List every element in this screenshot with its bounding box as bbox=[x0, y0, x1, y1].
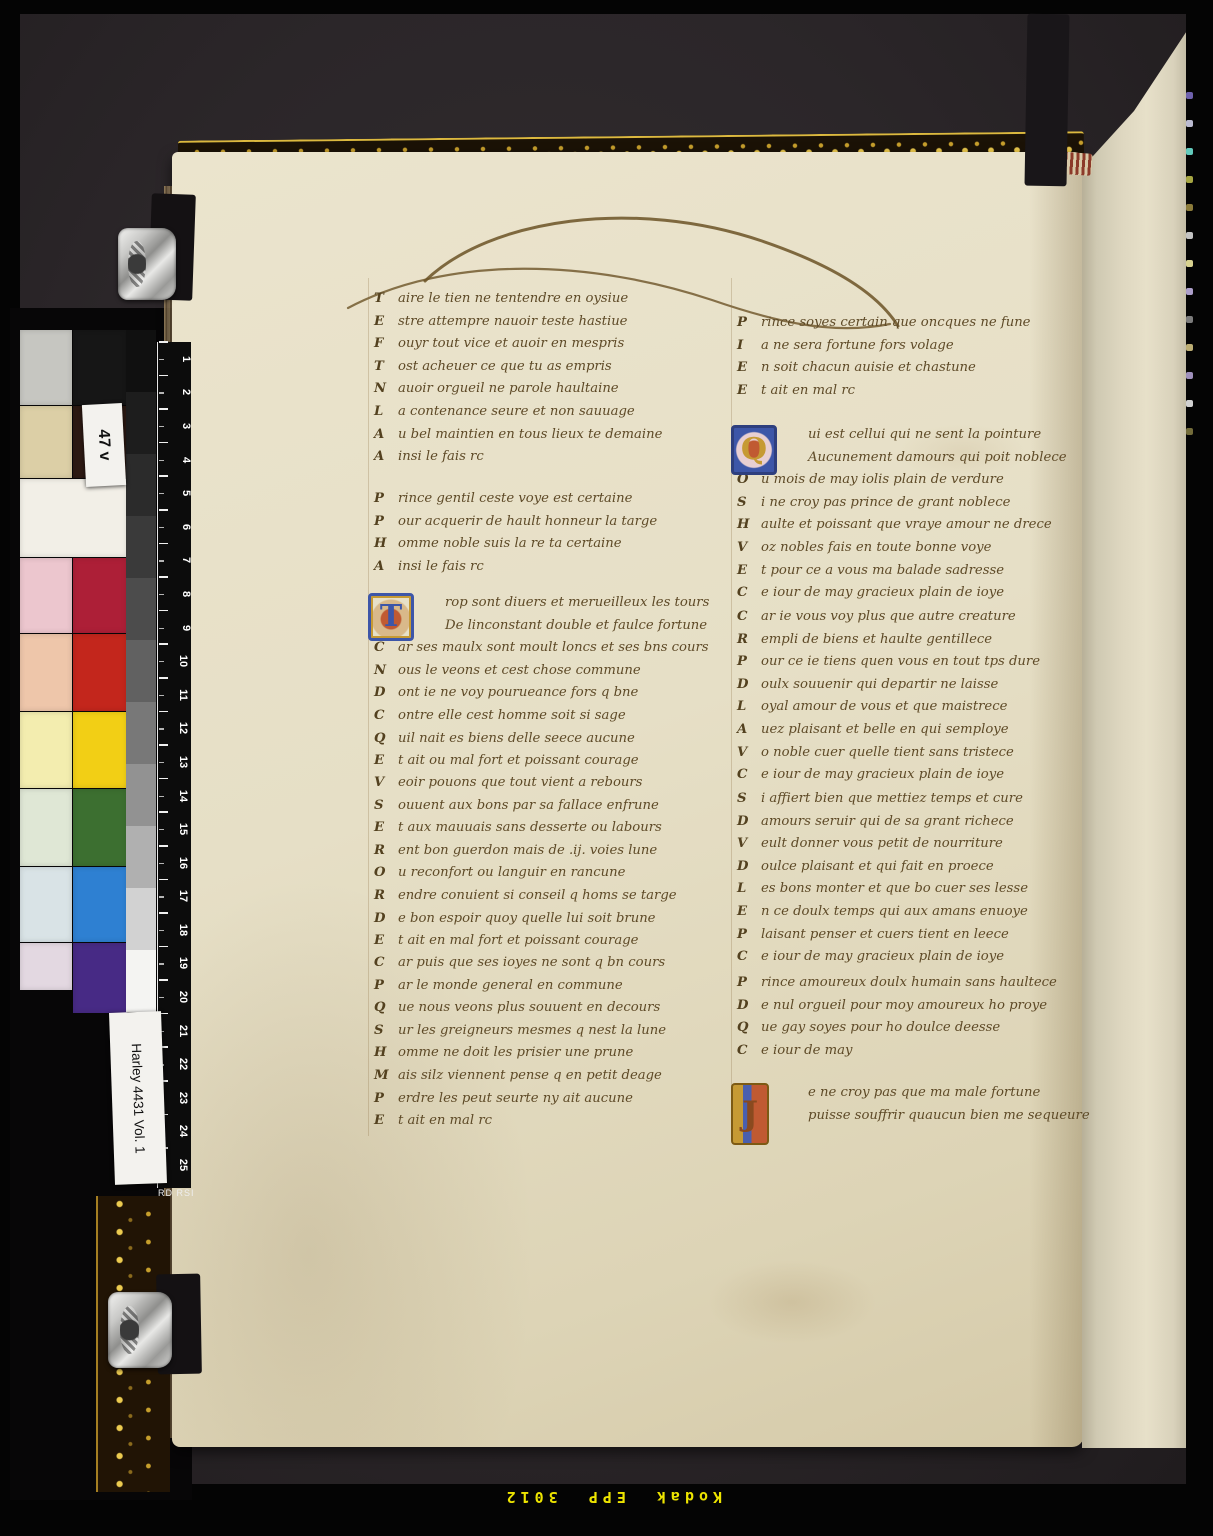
line-text: ous le veons et cest chose commune bbox=[398, 663, 641, 678]
stanza-b: Prince gentil ceste voye est certainePou… bbox=[374, 488, 657, 578]
line-text: e iour de may gracieux plain de ioye bbox=[761, 767, 1004, 782]
line-text: erdre les peut seurte ny ait aucune bbox=[398, 1091, 633, 1106]
manuscript-line: Et aux mauuais sans desserte ou labours bbox=[374, 817, 677, 840]
stanza-f: Prince soyes certain que oncques ne fune… bbox=[737, 312, 1031, 402]
manuscript-line: Plaisant penser et cuers tient en leece bbox=[737, 924, 1028, 947]
manuscript-line: Et ait en mal fort et poissant courage bbox=[374, 930, 677, 953]
grayscale-step bbox=[126, 764, 156, 826]
line-text: De linconstant double et faulce fortune bbox=[445, 618, 707, 633]
line-text: ontre elle cest homme soit si sage bbox=[398, 708, 626, 723]
manuscript-line: Si affiert bien que mettiez temps et cur… bbox=[737, 788, 1028, 811]
manuscript-line: Que gay soyes pour ho doulce deesse bbox=[737, 1017, 1057, 1040]
ruler-number: 10 bbox=[177, 655, 189, 667]
line-text: ost acheuer ce que tu as empris bbox=[398, 359, 612, 374]
manuscript-line: De linconstant double et faulce fortune bbox=[374, 615, 709, 638]
line-text: ue gay soyes pour ho doulce deesse bbox=[761, 1020, 1000, 1035]
stanza-a: Taire le tien ne tentendre en oysiueEstr… bbox=[374, 288, 662, 469]
line-initial: C bbox=[374, 705, 398, 728]
ruler-number: 8 bbox=[180, 591, 192, 597]
illuminated-initial-Q: Q bbox=[731, 425, 777, 475]
line-initial: P bbox=[374, 975, 398, 998]
ruler-number: 17 bbox=[177, 890, 189, 902]
manuscript-line: Tost acheuer ce que tu as empris bbox=[374, 356, 662, 379]
line-text: ont ie ne voy pourueance fors q bne bbox=[398, 685, 638, 700]
line-text: t ait ou mal fort et poissant courage bbox=[398, 753, 639, 768]
ruler-tick: 8 bbox=[158, 577, 191, 611]
kodak-film-label: Kodak EPP 3012 bbox=[338, 1488, 722, 1506]
manuscript-line: Si ne croy pas prince de grant noblece bbox=[737, 492, 1067, 515]
manuscript-line: Pour acquerir de hault honneur la targe bbox=[374, 511, 657, 534]
ruler-number: 21 bbox=[177, 1025, 189, 1037]
line-text: ar ses maulx sont moult loncs et ses bns… bbox=[398, 640, 709, 655]
manuscript-line: Et ait ou mal fort et poissant courage bbox=[374, 750, 709, 773]
line-text: stre attempre nauoir teste hastiue bbox=[398, 314, 628, 329]
line-initial: P bbox=[737, 312, 761, 335]
color-chart-row bbox=[20, 867, 127, 942]
line-initial: L bbox=[374, 401, 398, 424]
line-initial: L bbox=[737, 696, 761, 719]
manuscript-line: Et ait en mal rc bbox=[737, 380, 1031, 403]
color-patch bbox=[73, 558, 127, 633]
line-initial: V bbox=[737, 833, 761, 856]
line-text: ouuent aux bons par sa fallace enfrune bbox=[398, 798, 659, 813]
ruler-footer: RD RSI bbox=[158, 1188, 218, 1198]
ruler-number: 7 bbox=[180, 557, 192, 563]
line-initial: R bbox=[374, 840, 398, 863]
stanza-c: Trop sont diuers et merueilleux les tour… bbox=[374, 592, 709, 773]
line-initial: Q bbox=[374, 997, 398, 1020]
ruler-tick: 19 bbox=[158, 947, 191, 981]
line-text: puisse souffrir quaucun bien me sequeure bbox=[808, 1108, 1090, 1123]
line-text: our ce ie tiens quen vous en tout tps du… bbox=[761, 654, 1040, 669]
ruler-number: 2 bbox=[180, 389, 192, 395]
line-initial: E bbox=[374, 1110, 398, 1133]
manuscript-line: Ia ne sera fortune fors volage bbox=[737, 335, 1031, 358]
line-initial: P bbox=[374, 511, 398, 534]
line-text: omme ne doit les prisier une prune bbox=[398, 1045, 633, 1060]
line-text: t pour ce a vous ma balade sadresse bbox=[761, 563, 1004, 578]
manuscript-line: Par le monde general en commune bbox=[374, 975, 666, 998]
manuscript-line: Rendre conuient si conseil q homs se tar… bbox=[374, 885, 677, 908]
color-patch bbox=[73, 943, 127, 1013]
grayscale-step bbox=[126, 888, 156, 950]
ruler-tick: 7 bbox=[158, 544, 191, 578]
manuscript-line: Car ses maulx sont moult loncs et ses bn… bbox=[374, 637, 709, 660]
line-text: uil nait es biens delle seece aucune bbox=[398, 731, 635, 746]
line-text: t ait en mal fort et poissant courage bbox=[398, 933, 638, 948]
manuscript-line: En ce doulx temps qui aux amans enuoye bbox=[737, 901, 1028, 924]
manuscript-line: Ainsi le fais rc bbox=[374, 446, 662, 469]
line-text: oyal amour de vous et que maistrece bbox=[761, 699, 1007, 714]
film-dot bbox=[1186, 176, 1193, 183]
grayscale-step bbox=[126, 702, 156, 764]
line-text: t ait en mal rc bbox=[398, 1113, 492, 1128]
color-chart-row bbox=[20, 789, 127, 866]
line-text: ar puis que ses ioyes ne sont q bn cours bbox=[398, 955, 665, 970]
manuscript-line: rop sont diuers et merueilleux les tours bbox=[374, 592, 709, 615]
manuscript-line: Ou mois de may iolis plain de verdure bbox=[737, 469, 1067, 492]
line-initial: E bbox=[737, 380, 761, 403]
stanza-h: Car ie vous voy plus que autre creatureR… bbox=[737, 606, 1040, 787]
ruler-number: 13 bbox=[177, 756, 189, 768]
line-initial: H bbox=[374, 1042, 398, 1065]
metal-clip-icon bbox=[108, 1292, 172, 1368]
shelfmark-label: Harley 4431 Vol. 1 bbox=[109, 1011, 167, 1185]
ruling-line bbox=[368, 278, 369, 1136]
line-initial: E bbox=[374, 930, 398, 953]
grayscale-step bbox=[126, 950, 156, 1012]
line-initial: S bbox=[737, 788, 761, 811]
ruler-number: 16 bbox=[177, 857, 189, 869]
grayscale-step bbox=[126, 330, 156, 392]
color-patch bbox=[73, 712, 127, 788]
line-text: our acquerir de hault honneur la targe bbox=[398, 514, 657, 529]
manuscript-line: Que nous veons plus souuent en decours bbox=[374, 997, 666, 1020]
line-text: ur les greigneurs mesmes q nest la lune bbox=[398, 1023, 666, 1038]
ruler-tick: 13 bbox=[158, 745, 191, 779]
line-initial: S bbox=[374, 1020, 398, 1043]
line-text: aire le tien ne tentendre en oysiue bbox=[398, 291, 628, 306]
line-text: eult donner vous petit de nourriture bbox=[761, 836, 1003, 851]
line-initial: P bbox=[737, 651, 761, 674]
line-text: laisant penser et cuers tient en leece bbox=[761, 927, 1009, 942]
grayscale-step bbox=[126, 454, 156, 516]
line-text: uez plaisant et belle en qui semploye bbox=[761, 722, 1009, 737]
color-patch bbox=[20, 634, 72, 711]
color-patch bbox=[73, 867, 127, 942]
manuscript-line: La contenance seure et non sauuage bbox=[374, 401, 662, 424]
manuscript-line: Loyal amour de vous et que maistrece bbox=[737, 696, 1040, 719]
line-initial: O bbox=[374, 862, 398, 885]
manuscript-line: Ce iour de may bbox=[737, 1040, 1057, 1063]
folio-label: 47 v bbox=[82, 403, 126, 487]
line-initial: P bbox=[374, 1088, 398, 1111]
ruler-tick: 12 bbox=[158, 712, 191, 746]
manuscript-line: Homme noble suis la re ta certaine bbox=[374, 533, 657, 556]
manuscript-line: Et pour ce a vous ma balade sadresse bbox=[737, 560, 1067, 583]
line-text: amours seruir qui de sa grant richece bbox=[761, 814, 1014, 829]
manuscript-line: Les bons monter et que bo cuer ses lesse bbox=[737, 878, 1028, 901]
manuscript-line: Ce iour de may gracieux plain de ioye bbox=[737, 946, 1028, 969]
manuscript-line: Taire le tien ne tentendre en oysiue bbox=[374, 288, 662, 311]
line-text: ue nous veons plus souuent en decours bbox=[398, 1000, 660, 1015]
color-patch bbox=[73, 789, 127, 866]
line-text: aulte et poissant que vraye amour ne dre… bbox=[761, 517, 1052, 532]
line-text: t ait en mal rc bbox=[761, 383, 855, 398]
line-initial: D bbox=[374, 908, 398, 931]
ruler-tick: 16 bbox=[158, 846, 191, 880]
manuscript-line: Prince amoureux doulx humain sans haulte… bbox=[737, 972, 1057, 995]
line-initial: A bbox=[374, 446, 398, 469]
manuscript-line: Veoir pouons que tout vient a rebours bbox=[374, 772, 677, 795]
line-initial: I bbox=[737, 335, 761, 358]
manuscript-line: puisse souffrir quaucun bien me sequeure bbox=[737, 1105, 1090, 1128]
line-text: oz nobles fais en toute bonne voye bbox=[761, 540, 991, 555]
line-initial: C bbox=[737, 606, 761, 629]
ruler-tick: 14 bbox=[158, 779, 191, 813]
line-initial: R bbox=[737, 629, 761, 652]
line-initial: S bbox=[374, 795, 398, 818]
line-initial: V bbox=[737, 742, 761, 765]
line-text: n ce doulx temps qui aux amans enuoye bbox=[761, 904, 1028, 919]
stanza-e: Car puis que ses ioyes ne sont q bn cour… bbox=[374, 952, 666, 1133]
manuscript-line: Doulx souuenir qui departir ne laisse bbox=[737, 674, 1040, 697]
line-text: n soit chacun auisie et chastune bbox=[761, 360, 976, 375]
line-initial: S bbox=[737, 492, 761, 515]
manuscript-line: Damours seruir qui de sa grant richece bbox=[737, 811, 1028, 834]
film-dot bbox=[1186, 204, 1193, 211]
text-column-right: Prince soyes certain que oncques ne fune… bbox=[737, 0, 1097, 1536]
manuscript-line: En soit chacun auisie et chastune bbox=[737, 357, 1031, 380]
color-patch bbox=[20, 558, 72, 633]
film-dot bbox=[1186, 92, 1193, 99]
manuscript-line: De nul orgueil pour moy amoureux ho proy… bbox=[737, 995, 1057, 1018]
color-patch bbox=[20, 943, 72, 990]
line-initial: Q bbox=[737, 1017, 761, 1040]
ruler-tick: 10 bbox=[158, 644, 191, 678]
grayscale-step bbox=[126, 640, 156, 702]
line-initial: V bbox=[737, 537, 761, 560]
ruler-number: 19 bbox=[177, 957, 189, 969]
line-initial: T bbox=[374, 356, 398, 379]
color-patch bbox=[73, 634, 127, 711]
ruler-tick: 6 bbox=[158, 510, 191, 544]
color-patch bbox=[20, 867, 72, 942]
ruler-number: 15 bbox=[177, 823, 189, 835]
color-patch bbox=[20, 479, 127, 557]
ruler-number: 3 bbox=[180, 423, 192, 429]
line-text: omme noble suis la re ta certaine bbox=[398, 536, 622, 551]
line-text: ui est cellui qui ne sent la pointure bbox=[808, 427, 1041, 442]
line-text: ar ie vous voy plus que autre creature bbox=[761, 609, 1016, 624]
line-initial: C bbox=[737, 1040, 761, 1063]
ruler-number: 25 bbox=[177, 1159, 189, 1171]
manuscript-line: ui est cellui qui ne sent la pointure bbox=[737, 424, 1067, 447]
manuscript-line: Prince gentil ceste voye est certaine bbox=[374, 488, 657, 511]
line-initial: N bbox=[374, 378, 398, 401]
line-text: u bel maintien en tous lieux te demaine bbox=[398, 427, 662, 442]
ruler-number: 9 bbox=[180, 624, 192, 630]
manuscript-line: Voz nobles fais en toute bonne voye bbox=[737, 537, 1067, 560]
grayscale-step bbox=[126, 516, 156, 578]
color-chart-row bbox=[20, 712, 127, 788]
manuscript-line: Estre attempre nauoir teste hastiue bbox=[374, 311, 662, 334]
manuscript-line: Sur les greigneurs mesmes q nest la lune bbox=[374, 1020, 666, 1043]
line-initial: A bbox=[374, 424, 398, 447]
ruler-number: 1 bbox=[180, 356, 192, 362]
manuscript-line: Fouyr tout vice et auoir en mespris bbox=[374, 333, 662, 356]
ruler-number: 11 bbox=[177, 689, 189, 701]
line-text: ais silz viennent pense q en petit deage bbox=[398, 1068, 662, 1083]
text-column-left: Taire le tien ne tentendre en oysiueEstr… bbox=[374, 0, 734, 1536]
line-initial: C bbox=[737, 946, 761, 969]
stanza-j: Prince amoureux doulx humain sans haulte… bbox=[737, 972, 1057, 1062]
color-patch bbox=[73, 330, 127, 405]
line-initial: Q bbox=[374, 728, 398, 751]
line-text: endre conuient si conseil q homs se targ… bbox=[398, 888, 677, 903]
ruler-tick: 15 bbox=[158, 812, 191, 846]
manuscript-line: Dont ie ne voy pourueance fors q bne bbox=[374, 682, 709, 705]
ruler-number: 18 bbox=[177, 924, 189, 936]
line-initial: A bbox=[374, 556, 398, 579]
film-dot bbox=[1186, 120, 1193, 127]
line-text: u mois de may iolis plain de verdure bbox=[761, 472, 1004, 487]
color-patch bbox=[20, 330, 72, 405]
line-text: ar le monde general en commune bbox=[398, 978, 623, 993]
line-text: ent bon guerdon mais de .ij. voies lune bbox=[398, 843, 657, 858]
line-initial: C bbox=[737, 582, 761, 605]
line-initial: V bbox=[374, 772, 398, 795]
ruler-number: 22 bbox=[177, 1058, 189, 1070]
color-chart-row bbox=[20, 634, 127, 711]
line-initial: N bbox=[374, 660, 398, 683]
line-initial: M bbox=[374, 1065, 398, 1088]
line-initial: D bbox=[374, 682, 398, 705]
line-text: rince gentil ceste voye est certaine bbox=[398, 491, 632, 506]
ruler-tick: 5 bbox=[158, 476, 191, 510]
stanza-k: Je ne croy pas que ma male fortunepuisse… bbox=[737, 1082, 1090, 1127]
manuscript-line: Aucunement damours qui poit noblece bbox=[737, 447, 1067, 470]
ruler-tick: 1 bbox=[158, 342, 191, 376]
line-text: insi le fais rc bbox=[398, 559, 484, 574]
manuscript-line: Ce iour de may gracieux plain de ioye bbox=[737, 764, 1040, 787]
ruler-number: 12 bbox=[177, 722, 189, 734]
ruler-tick: 21 bbox=[158, 1014, 191, 1048]
ruler-tick: 11 bbox=[158, 678, 191, 712]
line-text: i affiert bien que mettiez temps et cure bbox=[761, 791, 1023, 806]
line-initial: E bbox=[374, 750, 398, 773]
line-text: empli de biens et haulte gentillece bbox=[761, 632, 992, 647]
grayscale-step bbox=[126, 392, 156, 454]
film-dot bbox=[1186, 260, 1193, 267]
color-chart-row bbox=[20, 943, 127, 1013]
line-text: e ne croy pas que ma male fortune bbox=[808, 1085, 1040, 1100]
grayscale-step bbox=[126, 826, 156, 888]
ruler-tick: 2 bbox=[158, 376, 191, 410]
metal-clip-icon bbox=[118, 228, 176, 300]
manuscript-line: Auez plaisant et belle en qui semploye bbox=[737, 719, 1040, 742]
film-dot bbox=[1186, 428, 1193, 435]
line-initial: F bbox=[374, 333, 398, 356]
ruler-number: 6 bbox=[180, 524, 192, 530]
ruler-number: 23 bbox=[177, 1092, 189, 1104]
line-text: e iour de may gracieux plain de ioye bbox=[761, 585, 1004, 600]
manuscript-line: Quil nait es biens delle seece aucune bbox=[374, 728, 709, 751]
line-initial: L bbox=[737, 878, 761, 901]
line-initial: E bbox=[374, 817, 398, 840]
facing-page bbox=[1082, 18, 1186, 1448]
line-text: insi le fais rc bbox=[398, 449, 484, 464]
line-initial: C bbox=[374, 952, 398, 975]
manuscript-line: Nauoir orgueil ne parole haultaine bbox=[374, 378, 662, 401]
line-initial: P bbox=[737, 924, 761, 947]
line-initial: T bbox=[374, 288, 398, 311]
line-initial: D bbox=[737, 995, 761, 1018]
line-initial: D bbox=[737, 856, 761, 879]
manuscript-line: Pour ce ie tiens quen vous en tout tps d… bbox=[737, 651, 1040, 674]
manuscript-line: Contre elle cest homme soit si sage bbox=[374, 705, 709, 728]
film-dot bbox=[1186, 232, 1193, 239]
line-initial: H bbox=[374, 533, 398, 556]
line-text: ouyr tout vice et auoir en mespris bbox=[398, 336, 624, 351]
line-text: auoir orgueil ne parole haultaine bbox=[398, 381, 619, 396]
manuscript-line: Souuent aux bons par sa fallace enfrune bbox=[374, 795, 677, 818]
grayscale-step bbox=[126, 578, 156, 640]
ruler-tick: 18 bbox=[158, 913, 191, 947]
manuscript-line: Mais silz viennent pense q en petit deag… bbox=[374, 1065, 666, 1088]
manuscript-line: Car puis que ses ioyes ne sont q bn cour… bbox=[374, 952, 666, 975]
color-chart-row bbox=[20, 479, 127, 557]
manuscript-line: Prince soyes certain que oncques ne fune bbox=[737, 312, 1031, 335]
ruler-number: 14 bbox=[177, 789, 189, 801]
manuscript-line: e ne croy pas que ma male fortune bbox=[737, 1082, 1090, 1105]
ruler-number: 5 bbox=[180, 490, 192, 496]
line-text: a contenance seure et non sauuage bbox=[398, 404, 635, 419]
photo-frame: 1234567891011121314151617181920212223242… bbox=[0, 0, 1213, 1536]
ruler-tick: 3 bbox=[158, 409, 191, 443]
line-text: rince amoureux doulx humain sans haultec… bbox=[761, 975, 1057, 990]
line-text: eoir pouons que tout vient a rebours bbox=[398, 775, 642, 790]
ruler-tick: 20 bbox=[158, 980, 191, 1014]
line-initial: E bbox=[374, 311, 398, 334]
line-initial: P bbox=[737, 972, 761, 995]
line-initial: E bbox=[737, 357, 761, 380]
manuscript-line: Ainsi le fais rc bbox=[374, 556, 657, 579]
line-text: e nul orgueil pour moy amoureux ho proye bbox=[761, 998, 1047, 1013]
line-text: Aucunement damours qui poit noblece bbox=[808, 450, 1067, 465]
manuscript-line: Haulte et poissant que vraye amour ne dr… bbox=[737, 514, 1067, 537]
line-initial: C bbox=[737, 764, 761, 787]
line-text: rop sont diuers et merueilleux les tours bbox=[445, 595, 709, 610]
color-patch bbox=[20, 712, 72, 788]
manuscript-line: Rempli de biens et haulte gentillece bbox=[737, 629, 1040, 652]
line-text: i ne croy pas prince de grant noblece bbox=[761, 495, 1010, 510]
line-text: rince soyes certain que oncques ne fune bbox=[761, 315, 1031, 330]
manuscript-line: Car ie vous voy plus que autre creature bbox=[737, 606, 1040, 629]
film-dot bbox=[1186, 288, 1193, 295]
line-text: oulce plaisant et qui fait en proece bbox=[761, 859, 994, 874]
manuscript-line: Et ait en mal rc bbox=[374, 1110, 666, 1133]
line-text: o noble cuer quelle tient sans tristece bbox=[761, 745, 1014, 760]
ruler-tick: 4 bbox=[158, 443, 191, 477]
color-chart-row bbox=[20, 330, 127, 405]
line-text: oulx souuenir qui departir ne laisse bbox=[761, 677, 998, 692]
line-text: e iour de may bbox=[761, 1043, 852, 1058]
manuscript-line: Au bel maintien en tous lieux te demaine bbox=[374, 424, 662, 447]
line-text: e bon espoir quoy quelle lui soit brune bbox=[398, 911, 656, 926]
grayscale-strip bbox=[126, 330, 156, 1012]
line-initial: A bbox=[737, 719, 761, 742]
film-dot bbox=[1186, 316, 1193, 323]
manuscript-line: De bon espoir quoy quelle lui soit brune bbox=[374, 908, 677, 931]
ruler-number: 24 bbox=[177, 1125, 189, 1137]
illuminated-initial-T: T bbox=[368, 593, 414, 641]
line-initial: E bbox=[737, 560, 761, 583]
manuscript-line: Rent bon guerdon mais de .ij. voies lune bbox=[374, 840, 677, 863]
color-patch bbox=[20, 789, 72, 866]
line-text: t aux mauuais sans desserte ou labours bbox=[398, 820, 662, 835]
manuscript-line: Ou reconfort ou languir en rancune bbox=[374, 862, 677, 885]
film-sprocket-dots bbox=[1186, 92, 1196, 456]
manuscript-line: Nous le veons et cest chose commune bbox=[374, 660, 709, 683]
ruler-number: 4 bbox=[180, 457, 192, 463]
line-initial: H bbox=[737, 514, 761, 537]
color-patch bbox=[20, 406, 72, 478]
film-dot bbox=[1186, 148, 1193, 155]
film-dot bbox=[1186, 344, 1193, 351]
film-dot bbox=[1186, 400, 1193, 407]
color-chart-row bbox=[20, 558, 127, 633]
